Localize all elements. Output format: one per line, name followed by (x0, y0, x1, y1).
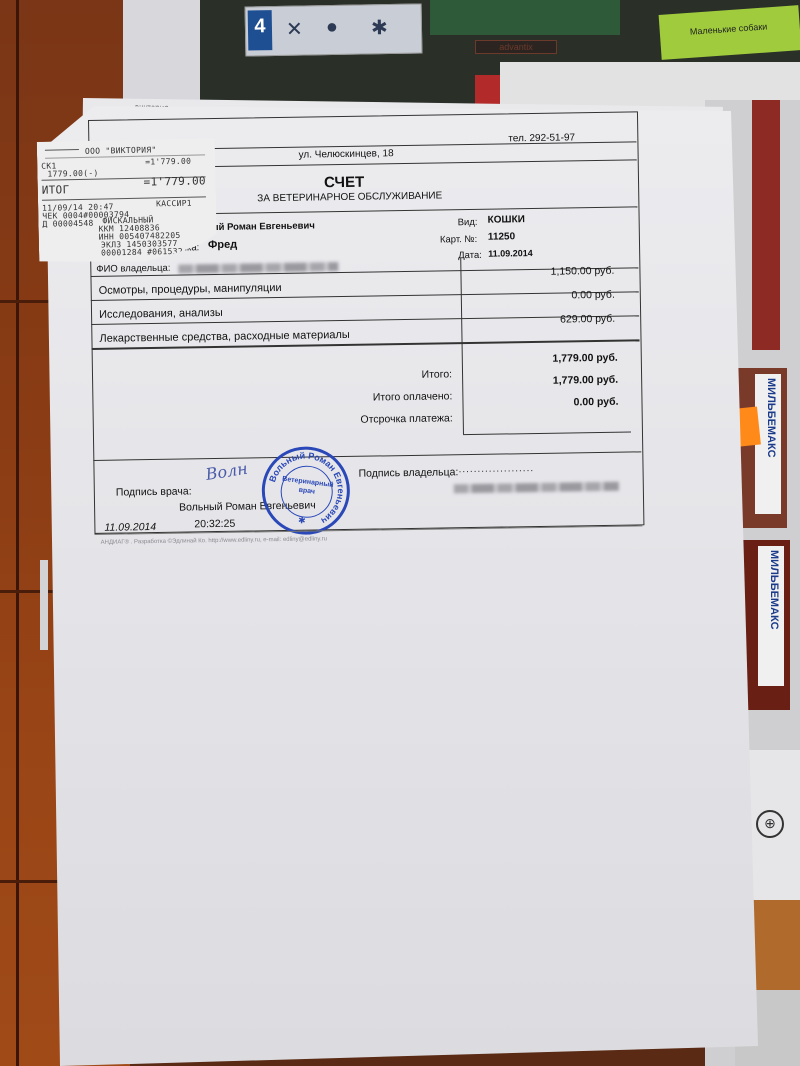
small-dogs-box: Маленькие собаки (659, 5, 800, 60)
invoice-date: 11.09.2014 (488, 248, 533, 259)
doctor-name: ный Роман Евгеньевич (205, 220, 315, 233)
clinic-address: ул. Челюскинцев, 18 (298, 148, 393, 160)
service-amount: 629.00 руб. (560, 313, 615, 326)
total-value: 1,779.00 руб. (552, 352, 617, 365)
red-box-edge (475, 75, 500, 105)
card-label: Карт. №: (440, 234, 477, 246)
service-amount: 0.00 руб. (571, 289, 615, 302)
milbemax-brand: МИЛЬБЕМАКС (765, 378, 777, 458)
service-name: Лекарственные средства, расходные матери… (99, 329, 350, 345)
total-label: Итого: (422, 368, 453, 380)
deferred-value: 0.00 руб. (574, 396, 619, 409)
receipt-line-amount: 1779.00(-) (47, 169, 98, 179)
deferred-label: Отсрочка платежа: (360, 412, 452, 425)
receipt-doc-number: Д 00004548 (42, 219, 93, 229)
receipt-org: ООО "ВИКТОРИЯ" (85, 145, 157, 155)
owner-label: ФИО владельца: (96, 263, 170, 275)
advantix-label: advantix (475, 40, 557, 54)
total-paid-label: Итого оплачено: (373, 390, 453, 403)
box-number: 4 (248, 10, 273, 50)
service-name: Осмотры, процедуры, манипуляции (99, 282, 282, 297)
milbemax-brand: МИЛЬБЕМАКС (768, 550, 780, 630)
software-footer: АНДИАГ® . Разработка ©Эдлинай Ко. http:/… (101, 536, 327, 546)
owner-signature-label: Подпись владельца: (358, 466, 458, 480)
species-label: Вид: (458, 217, 478, 228)
receipt-cashier: КАССИР1 (156, 199, 192, 209)
star-icon: ✱ (297, 515, 306, 527)
doctor-signature-label: Подпись врача: (116, 485, 192, 498)
red-box-band (752, 100, 780, 350)
flea-icon: ● (326, 16, 338, 39)
tick-icon: ✱ (371, 15, 388, 40)
print-date: 11.09.2014 (104, 521, 156, 534)
print-time: 20:32:25 (194, 518, 235, 531)
sheet-edge (40, 560, 48, 650)
insect-repellent-box: 4 ✕ ● ✱ (245, 3, 423, 56)
white-pillar (123, 0, 201, 100)
date-label: Дата: (458, 250, 482, 261)
display-shelf: 4 ✕ ● ✱ Маленькие собаки advantix (200, 0, 800, 110)
pet-name: Фред (208, 239, 237, 251)
total-paid-value: 1,779.00 руб. (553, 374, 618, 387)
service-name: Исследования, анализы (99, 307, 223, 321)
receipt-total-value: =1'779.00 (143, 174, 206, 188)
mosquito-icon: ✕ (286, 17, 303, 42)
owner-signature-line: .................... (458, 463, 534, 475)
bayer-logo-icon: ⊕ (756, 810, 784, 838)
doctor-stamp: Вольный Роман Евгеньевич Ветеринарный вр… (257, 442, 355, 540)
receipt-total-label: ИТОГ (42, 183, 70, 197)
green-box (430, 0, 620, 35)
cash-receipt: ООО "ВИКТОРИЯ" СК1 =1'779.00 1779.00(-) … (37, 138, 218, 264)
card-number: 11250 (488, 231, 515, 242)
service-amount: 1,150.00 руб. (551, 265, 615, 278)
invoice-title: СЧЕТ (324, 174, 364, 192)
species-value: КОШКИ (488, 214, 525, 226)
divider (45, 149, 79, 151)
receipt-section-amount: =1'779.00 (145, 157, 191, 167)
